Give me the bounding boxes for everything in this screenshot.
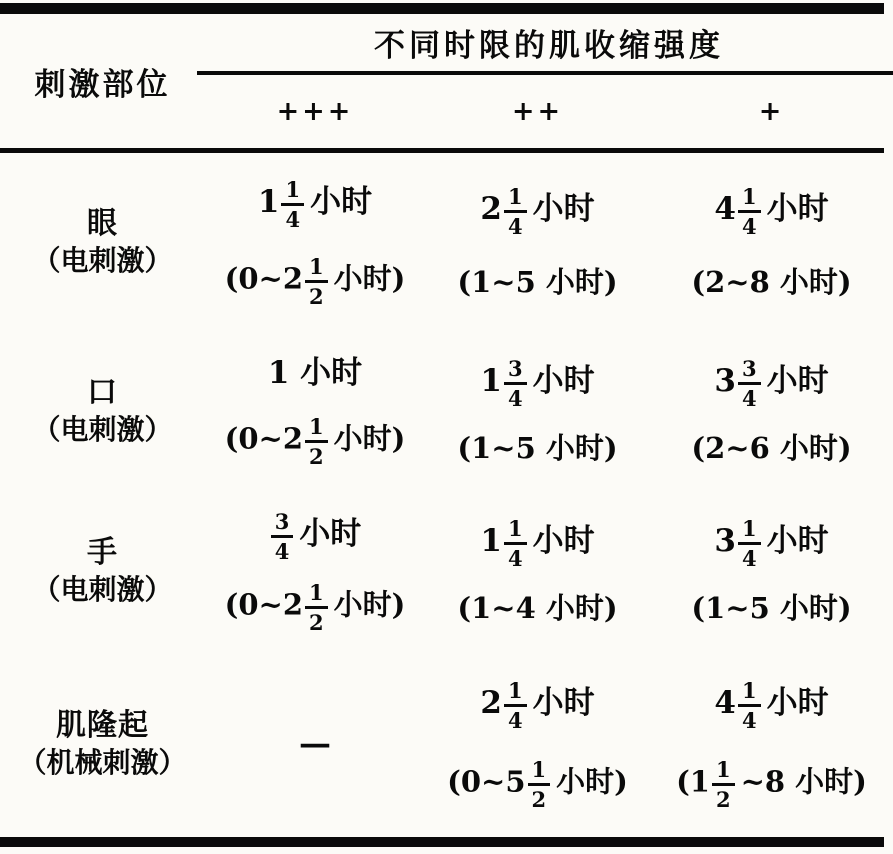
site-method: （电刺激） (32, 572, 172, 608)
fraction: 14 (281, 179, 304, 230)
fraction-numerator: 1 (504, 186, 527, 213)
fraction: 14 (738, 186, 761, 237)
value-line: 334小时 (650, 357, 893, 408)
site-name: 肌隆起 (56, 706, 149, 745)
data-cell-plus1: 334小时(2~6 小时) (650, 331, 893, 491)
fraction-numerator: 1 (305, 582, 328, 609)
data-cell-plus3: 34小时(0~212小时) (205, 491, 425, 651)
site-cell: 口（电刺激） (0, 331, 205, 491)
fraction-denominator: 2 (305, 609, 328, 633)
site-cell: 肌隆起（机械刺激） (0, 651, 205, 837)
data-cell-plus1: 414小时(2~8 小时) (650, 153, 893, 331)
fraction-numerator: 1 (738, 186, 761, 213)
fraction-denominator: 4 (281, 206, 304, 230)
table-row: 肌隆起（机械刺激）—214小时(0~512小时)414小时(112~8 小时) (0, 651, 893, 837)
data-cell-plus3: 1 小时(0~212小时) (205, 331, 425, 491)
value-line: 314小时 (650, 517, 893, 568)
fraction-denominator: 4 (738, 707, 761, 731)
table-top-border (0, 3, 884, 14)
range-line: (0~512小时) (425, 758, 650, 809)
strength-level-plus3: +++ (205, 96, 425, 127)
data-cell-plus2: 134小时(1~5 小时) (425, 331, 650, 491)
range-line: (1~5 小时) (425, 267, 650, 299)
header-right-group: 不同时限的肌收缩强度 +++ ++ + (205, 14, 893, 148)
data-cell-plus3: 114小时(0~212小时) (205, 153, 425, 331)
fraction: 14 (738, 680, 761, 731)
table-body: 眼（电刺激）114小时(0~212小时)214小时(1~5 小时)414小时(2… (0, 153, 893, 837)
fraction: 34 (504, 358, 527, 409)
site-name: 口 (87, 373, 118, 412)
site-method: （电刺激） (32, 243, 172, 279)
fraction-denominator: 4 (738, 385, 761, 409)
data-cell-plus1: 414小时(112~8 小时) (650, 651, 893, 837)
value-line: 134小时 (425, 357, 650, 408)
fraction-denominator: 4 (504, 385, 527, 409)
range-line: (0~212小时) (205, 415, 425, 466)
site-method: （电刺激） (32, 412, 172, 448)
header-strength-levels: +++ ++ + (205, 75, 893, 148)
fraction: 14 (504, 186, 527, 237)
fraction-denominator: 2 (305, 283, 328, 307)
fraction-numerator: 1 (305, 416, 328, 443)
value-line: 1 小时 (205, 356, 425, 390)
fraction: 12 (305, 582, 328, 633)
range-line: (2~6 小时) (650, 433, 893, 465)
fraction-numerator: 1 (738, 518, 761, 545)
table-bottom-border (0, 837, 884, 847)
fraction-numerator: 1 (504, 680, 527, 707)
fraction-numerator: 1 (305, 256, 328, 283)
strength-level-plus1: + (650, 96, 893, 127)
site-name: 手 (87, 533, 118, 572)
header-span-title: 不同时限的肌收缩强度 (374, 20, 724, 65)
data-cell-plus2: 214小时(1~5 小时) (425, 153, 650, 331)
table-header: 刺激部位 不同时限的肌收缩强度 +++ ++ + (0, 14, 893, 148)
range-line: (1~5 小时) (650, 593, 893, 625)
range-line: (0~212小时) (205, 581, 425, 632)
site-method: （机械刺激） (18, 745, 186, 781)
value-line: 414小时 (650, 679, 893, 730)
value-line: 34小时 (205, 510, 425, 561)
fraction-denominator: 4 (504, 213, 527, 237)
site-cell: 眼（电刺激） (0, 153, 205, 331)
fraction-numerator: 3 (271, 511, 294, 538)
site-name: 眼 (87, 204, 118, 243)
range-line: (1~4 小时) (425, 593, 650, 625)
data-cell-plus2: 114小时(1~4 小时) (425, 491, 650, 651)
range-line: (112~8 小时) (650, 758, 893, 809)
fraction-numerator: 1 (504, 518, 527, 545)
fraction: 12 (528, 759, 551, 810)
data-cell-plus2: 214小时(0~512小时) (425, 651, 650, 837)
scanned-table-page: 刺激部位 不同时限的肌收缩强度 +++ ++ + 眼（电刺激）114小时(0~2… (0, 3, 893, 854)
data-cell-plus3: — (205, 651, 425, 837)
table-row: 手（电刺激）34小时(0~212小时)114小时(1~4 小时)314小时(1~… (0, 491, 893, 651)
header-site-column: 刺激部位 (0, 14, 205, 148)
fraction: 14 (738, 518, 761, 569)
value-line: 214小时 (425, 679, 650, 730)
data-cell-plus1: 314小时(1~5 小时) (650, 491, 893, 651)
fraction-numerator: 1 (528, 759, 551, 786)
header-span-group: 不同时限的肌收缩强度 (197, 14, 893, 75)
table-row: 口（电刺激）1 小时(0~212小时)134小时(1~5 小时)334小时(2~… (0, 331, 893, 491)
table-row: 眼（电刺激）114小时(0~212小时)214小时(1~5 小时)414小时(2… (0, 153, 893, 331)
fraction-numerator: 1 (281, 179, 304, 206)
fraction-numerator: 1 (738, 680, 761, 707)
fraction: 12 (712, 759, 735, 810)
fraction: 12 (305, 416, 328, 467)
range-line: (1~5 小时) (425, 433, 650, 465)
fraction-denominator: 2 (712, 786, 735, 810)
fraction-denominator: 4 (504, 545, 527, 569)
range-line: (0~212小时) (205, 255, 425, 306)
fraction: 34 (271, 511, 294, 562)
fraction-numerator: 3 (504, 358, 527, 385)
strength-level-plus2: ++ (425, 96, 650, 127)
range-line: (2~8 小时) (650, 267, 893, 299)
fraction-numerator: 1 (712, 759, 735, 786)
fraction: 14 (504, 518, 527, 569)
value-line: 414小时 (650, 185, 893, 236)
fraction-denominator: 4 (738, 545, 761, 569)
fraction: 34 (738, 358, 761, 409)
value-line: — (205, 726, 425, 761)
fraction-denominator: 4 (738, 213, 761, 237)
fraction: 12 (305, 256, 328, 307)
fraction-denominator: 4 (504, 707, 527, 731)
fraction: 14 (504, 680, 527, 731)
value-line: 114小时 (425, 517, 650, 568)
fraction-denominator: 2 (528, 786, 551, 810)
site-cell: 手（电刺激） (0, 491, 205, 651)
fraction-numerator: 3 (738, 358, 761, 385)
value-line: 214小时 (425, 185, 650, 236)
value-line: 114小时 (205, 178, 425, 229)
fraction-denominator: 2 (305, 443, 328, 467)
fraction-denominator: 4 (271, 538, 294, 562)
